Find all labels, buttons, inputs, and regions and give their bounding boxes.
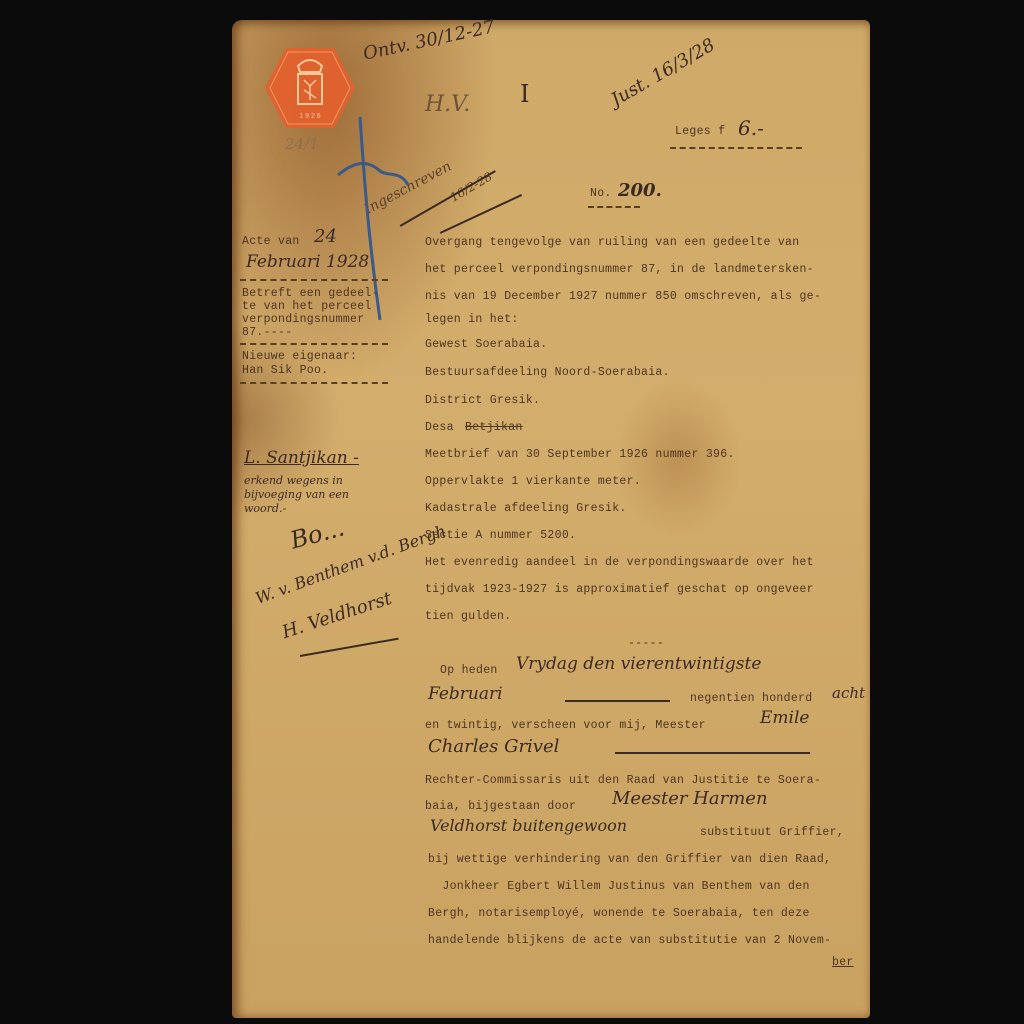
acte-day: 24 — [314, 226, 337, 247]
hand-veldhorst: Veldhorst buitengewoon — [430, 816, 627, 835]
svg-text:1 9 2 6: 1 9 2 6 — [299, 113, 321, 120]
divider — [240, 382, 388, 384]
margin-handnote-line: bijvoeging van een — [244, 488, 349, 501]
location-line: Gewest Soerabaia. — [425, 338, 547, 351]
margin-handnote-title: L. Santjikan - — [244, 448, 359, 468]
body-line: handelende blijkens de acte van substitu… — [428, 934, 831, 947]
body-line: het perceel verpondingsnummer 87, in de … — [425, 263, 814, 276]
betreft-line: Betreft een gedeel- — [242, 287, 379, 300]
fill-line — [615, 752, 810, 754]
number-label: No. — [590, 187, 612, 200]
body-line: Overgang tengevolge van ruiling van een … — [425, 236, 799, 249]
betreft-line: verpondingsnummer — [242, 313, 364, 326]
divider — [240, 343, 388, 345]
roman-numeral: I — [520, 80, 529, 108]
separator: ----- — [628, 637, 664, 650]
location-line: Sectie A nummer 5200. — [425, 529, 576, 542]
body-line: Rechter-Commissaris uit den Raad van Jus… — [425, 774, 821, 787]
body-line: tien gulden. — [425, 610, 511, 623]
body-line: en twintig, verscheen voor mij, Meester — [425, 719, 706, 732]
leges-label: Leges f — [675, 125, 725, 138]
location-line: Oppervlakte 1 vierkante meter. — [425, 475, 641, 488]
last-word: ber — [832, 956, 854, 969]
location-line: Desa — [425, 421, 454, 434]
margin-handnote-line: erkend wegens in — [244, 474, 343, 487]
substituut: substituut Griffier, — [700, 826, 844, 839]
acte-month-year: Februari 1928 — [246, 252, 369, 272]
number-value: 200. — [618, 180, 662, 201]
hand-meester: Meester Harmen — [612, 788, 768, 809]
body-line: Bergh, notarisemployé, wonende te Soerab… — [428, 907, 810, 920]
negentien: negentien honderd — [690, 692, 812, 705]
body-line: legen in het: — [425, 313, 519, 326]
location-line: District Gresik. — [425, 394, 540, 407]
body-line: Het evenredig aandeel in de verpondingsw… — [425, 556, 814, 569]
hand-month: Februari — [428, 684, 503, 704]
acte-label: Acte van — [242, 235, 300, 248]
betreft-line: te van het perceel — [242, 300, 372, 313]
divider — [588, 206, 640, 208]
divider — [240, 279, 388, 281]
fill-line — [565, 700, 670, 702]
location-line: Meetbrief van 30 September 1926 nummer 3… — [425, 448, 735, 461]
body-line: tijdvak 1923-1927 is approximatief gesch… — [425, 583, 814, 596]
hand-day: Vrydag den vierentwintigste — [516, 654, 761, 674]
margin-handnote-line: woord.- — [244, 502, 286, 515]
location-line: Kadastrale afdeeling Gresik. — [425, 502, 627, 515]
body-line: nis van 19 December 1927 nummer 850 omsc… — [425, 290, 821, 303]
struck-desa: Betjikan — [465, 421, 523, 434]
body-line: baia, bijgestaan door — [425, 800, 576, 813]
op-heden: Op heden — [440, 664, 498, 677]
location-line: Bestuursafdeeling Noord-Soerabaia. — [425, 366, 670, 379]
eigenaar-label: Nieuwe eigenaar: — [242, 350, 357, 363]
initials-note: H.V. — [425, 92, 470, 117]
body-line: bij wettige verhindering van den Griffie… — [428, 853, 831, 866]
stamp-date-note: 24/1 — [285, 135, 319, 153]
hand-emile: Emile — [760, 708, 809, 728]
leges-value: 6.- — [738, 116, 764, 140]
divider — [670, 147, 802, 149]
body-line: Jonkheer Egbert Willem Justinus van Bent… — [428, 880, 810, 893]
hand-charles: Charles Grivel — [428, 736, 559, 757]
betreft-line: 87.---- — [242, 326, 292, 339]
eigenaar-name: Han Sik Poo. — [242, 364, 328, 377]
hand-acht: acht — [832, 684, 865, 702]
